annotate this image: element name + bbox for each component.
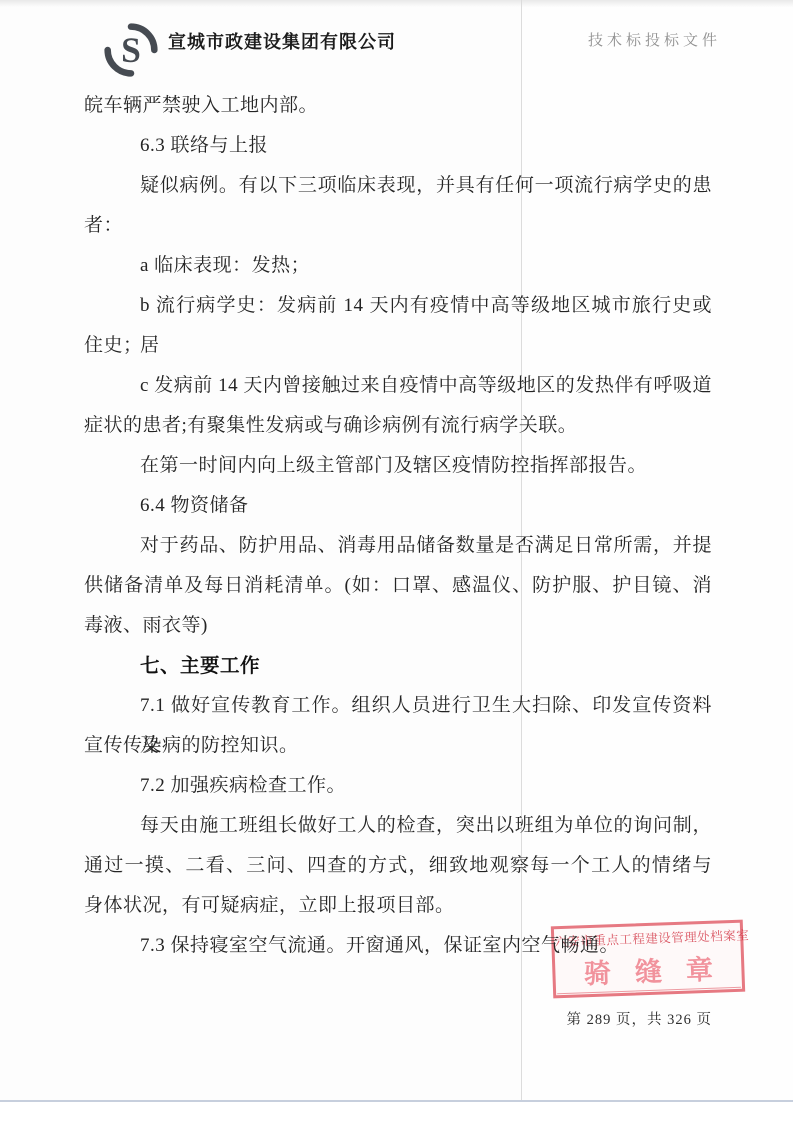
text-line: 在第一时间内向上级主管部门及辖区疫情防控指挥部报告。: [84, 446, 712, 486]
text-line: 身体状况，有可疑病症，立即上报项目部。: [84, 886, 712, 926]
scan-top-edge: [0, 0, 793, 7]
text-line: a 临床表现：发热；: [84, 246, 712, 286]
text-line: 宣传传染病的防控知识。: [84, 726, 712, 766]
text-line: 对于药品、防护用品、消毒用品储备数量是否满足日常所需，并提: [84, 526, 712, 566]
text-line: 者：: [84, 206, 712, 246]
text-line: b 流行病学史：发病前 14 天内有疫情中高等级地区城市旅行史或居: [84, 286, 712, 326]
section-heading: 七、主要工作: [84, 646, 712, 686]
text-line: 6.3 联络与上报: [84, 126, 712, 166]
text-line: 住史；: [84, 326, 712, 366]
text-line: 7.3 保持寝室空气流通。开窗通风，保证室内空气畅通。: [84, 926, 712, 966]
document-type-label: 技术标投标文件: [588, 29, 721, 50]
company-name: 宣城市政建设集团有限公司: [168, 28, 396, 54]
company-logo-icon: S: [103, 22, 159, 78]
page-indicator: 第 289 页，共 326 页: [567, 1008, 713, 1029]
text-line: 6.4 物资储备: [84, 486, 712, 526]
text-line: 7.1 做好宣传教育工作。组织人员进行卫生大扫除、印发宣传资料及: [84, 686, 712, 726]
document-body: 皖车辆严禁驶入工地内部。6.3 联络与上报疑似病例。有以下三项临床表现，并具有任…: [84, 86, 712, 966]
text-line: 通过一摸、二看、三问、四查的方式，细致地观察每一个工人的情绪与: [84, 846, 712, 886]
text-line: 疑似病例。有以下三项临床表现，并具有任何一项流行病学史的患: [84, 166, 712, 206]
scan-below-edge: [0, 1102, 793, 1122]
text-line: 症状的患者;有聚集性发病或与确诊病例有流行病学关联。: [84, 406, 712, 446]
svg-text:S: S: [121, 30, 141, 70]
text-line: 皖车辆严禁驶入工地内部。: [84, 86, 712, 126]
text-line: c 发病前 14 天内曾接触过来自疫情中高等级地区的发热伴有呼吸道: [84, 366, 712, 406]
text-line: 毒液、雨衣等): [84, 606, 712, 646]
text-line: 7.2 加强疾病检查工作。: [84, 766, 712, 806]
text-line: 供储备清单及每日消耗清单。(如：口罩、感温仪、防护服、护目镜、消: [84, 566, 712, 606]
text-line: 每天由施工班组长做好工人的检查，突出以班组为单位的询问制，: [84, 806, 712, 846]
